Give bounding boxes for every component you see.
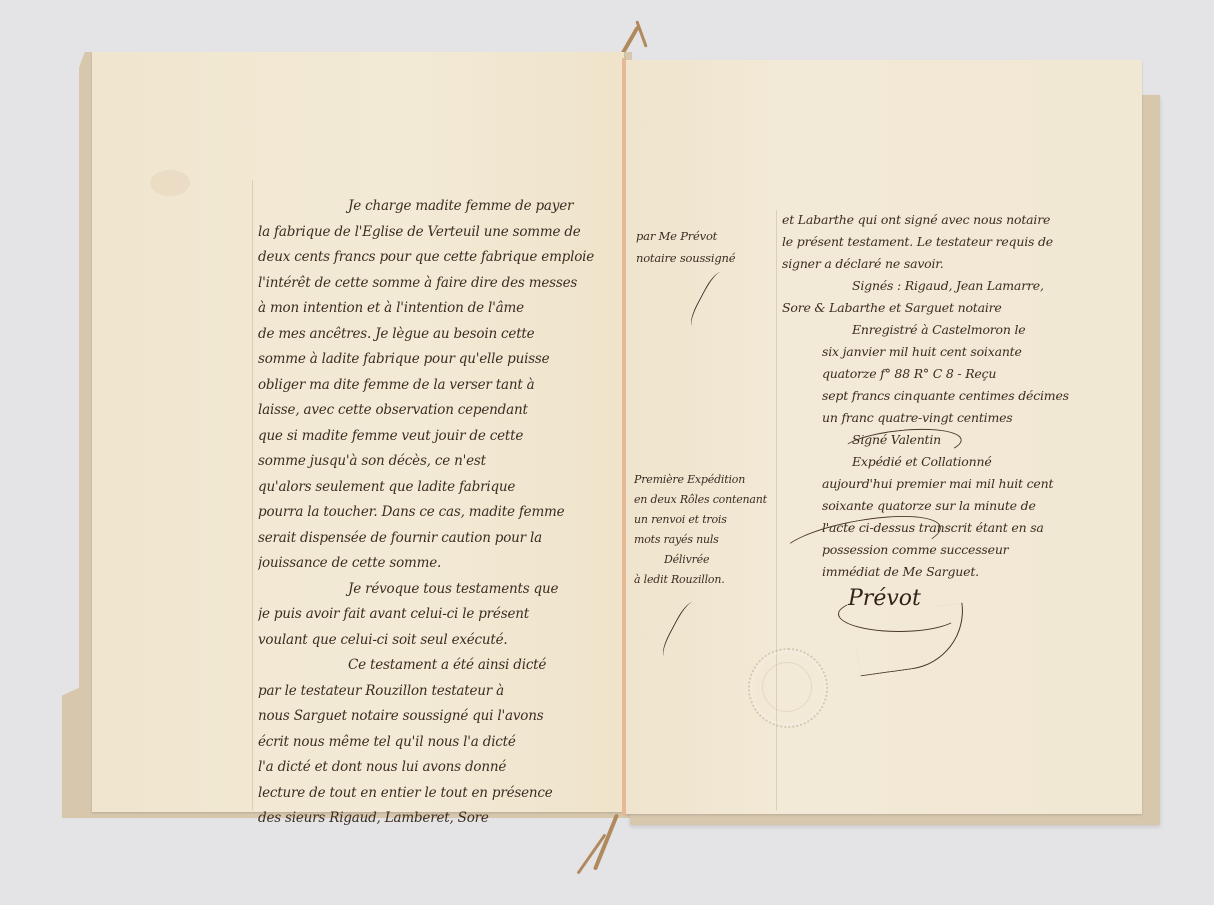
handwritten-line: Ce testament a été ainsi dicté bbox=[258, 653, 618, 679]
margin-line: notaire soussigné bbox=[636, 247, 776, 269]
left-margin-line bbox=[252, 180, 253, 810]
binding-string-top-frayed bbox=[635, 20, 647, 47]
handwritten-line: je puis avoir fait avant celui-ci le pré… bbox=[258, 602, 618, 628]
handwritten-line: à mon intention et à l'intention de l'âm… bbox=[258, 296, 618, 322]
handwritten-line: Je révoque tous testaments que bbox=[258, 577, 618, 603]
handwritten-line: la fabrique de l'Eglise de Verteuil une … bbox=[258, 220, 618, 246]
handwritten-line: des sieurs Rigaud, Lamberet, Sore bbox=[258, 806, 618, 832]
margin-line: un renvoi et trois bbox=[634, 510, 784, 530]
handwritten-line: sept francs cinquante centimes décimes bbox=[782, 385, 1132, 407]
handwritten-line: un franc quatre-vingt centimes bbox=[782, 407, 1132, 429]
margin-line: mots rayés nuls bbox=[634, 530, 784, 550]
handwritten-line: l'intérêt de cette somme à faire dire de… bbox=[258, 271, 618, 297]
notary-signature: Prévot bbox=[848, 586, 921, 611]
handwritten-line: que si madite femme veut jouir de cette bbox=[258, 424, 618, 450]
handwritten-line: aujourd'hui premier mai mil huit cent bbox=[782, 473, 1132, 495]
margin-note-bottom: Première Expédition en deux Rôles conten… bbox=[634, 470, 784, 590]
handwritten-line: qu'alors seulement que ladite fabrique bbox=[258, 475, 618, 501]
handwritten-line: somme à ladite fabrique pour qu'elle pui… bbox=[258, 347, 618, 373]
margin-line: Première Expédition bbox=[634, 470, 784, 490]
handwritten-line: serait dispensée de fournir caution pour… bbox=[258, 526, 618, 552]
margin-line: par Me Prévot bbox=[636, 225, 776, 247]
handwritten-line: Je charge madite femme de payer bbox=[258, 194, 618, 220]
handwritten-line: signer a déclaré ne savoir. bbox=[782, 253, 1132, 275]
handwritten-line: obliger ma dite femme de la verser tant … bbox=[258, 373, 618, 399]
handwritten-line: nous Sarguet notaire soussigné qui l'avo… bbox=[258, 704, 618, 730]
handwritten-line: six janvier mil huit cent soixante bbox=[782, 341, 1132, 363]
handwritten-line: soixante quatorze sur la minute de bbox=[782, 495, 1132, 517]
handwritten-line: l'a dicté et dont nous lui avons donné bbox=[258, 755, 618, 781]
handwritten-line: Signés : Rigaud, Jean Lamarre, bbox=[782, 275, 1132, 297]
embossed-seal-icon bbox=[748, 648, 828, 728]
margin-line: à ledit Rouzillon. bbox=[634, 570, 784, 590]
handwritten-line: lecture de tout en entier le tout en pré… bbox=[258, 781, 618, 807]
paper-stain bbox=[150, 170, 190, 196]
handwritten-line: Sore & Labarthe et Sarguet notaire bbox=[782, 297, 1132, 319]
left-page-text: Je charge madite femme de payer la fabri… bbox=[258, 194, 618, 832]
handwritten-line: somme jusqu'à son décès, ce n'est bbox=[258, 449, 618, 475]
margin-line: Délivrée bbox=[634, 550, 784, 570]
seal-inner-ring bbox=[762, 662, 812, 712]
handwritten-line: de mes ancêtres. Je lègue au besoin cett… bbox=[258, 322, 618, 348]
page-gutter bbox=[622, 58, 626, 816]
handwritten-line: quatorze f° 88 R° C 8 - Reçu bbox=[782, 363, 1132, 385]
handwritten-line: pourra la toucher. Dans ce cas, madite f… bbox=[258, 500, 618, 526]
handwritten-line: Expédié et Collationné bbox=[782, 451, 1132, 473]
handwritten-line: voulant que celui-ci soit seul exécuté. bbox=[258, 628, 618, 654]
handwritten-line: et Labarthe qui ont signé avec nous nota… bbox=[782, 209, 1132, 231]
margin-line: en deux Rôles contenant bbox=[634, 490, 784, 510]
handwritten-line: par le testateur Rouzillon testateur à bbox=[258, 679, 618, 705]
handwritten-line: le présent testament. Le testateur requi… bbox=[782, 231, 1132, 253]
margin-note-top: par Me Prévot notaire soussigné bbox=[636, 225, 776, 269]
handwritten-line: Enregistré à Castelmoron le bbox=[782, 319, 1132, 341]
handwritten-line: écrit nous même tel qu'il nous l'a dicté bbox=[258, 730, 618, 756]
handwritten-line: laisse, avec cette observation cependant bbox=[258, 398, 618, 424]
handwritten-line: deux cents francs pour que cette fabriqu… bbox=[258, 245, 618, 271]
handwritten-line: jouissance de cette somme. bbox=[258, 551, 618, 577]
